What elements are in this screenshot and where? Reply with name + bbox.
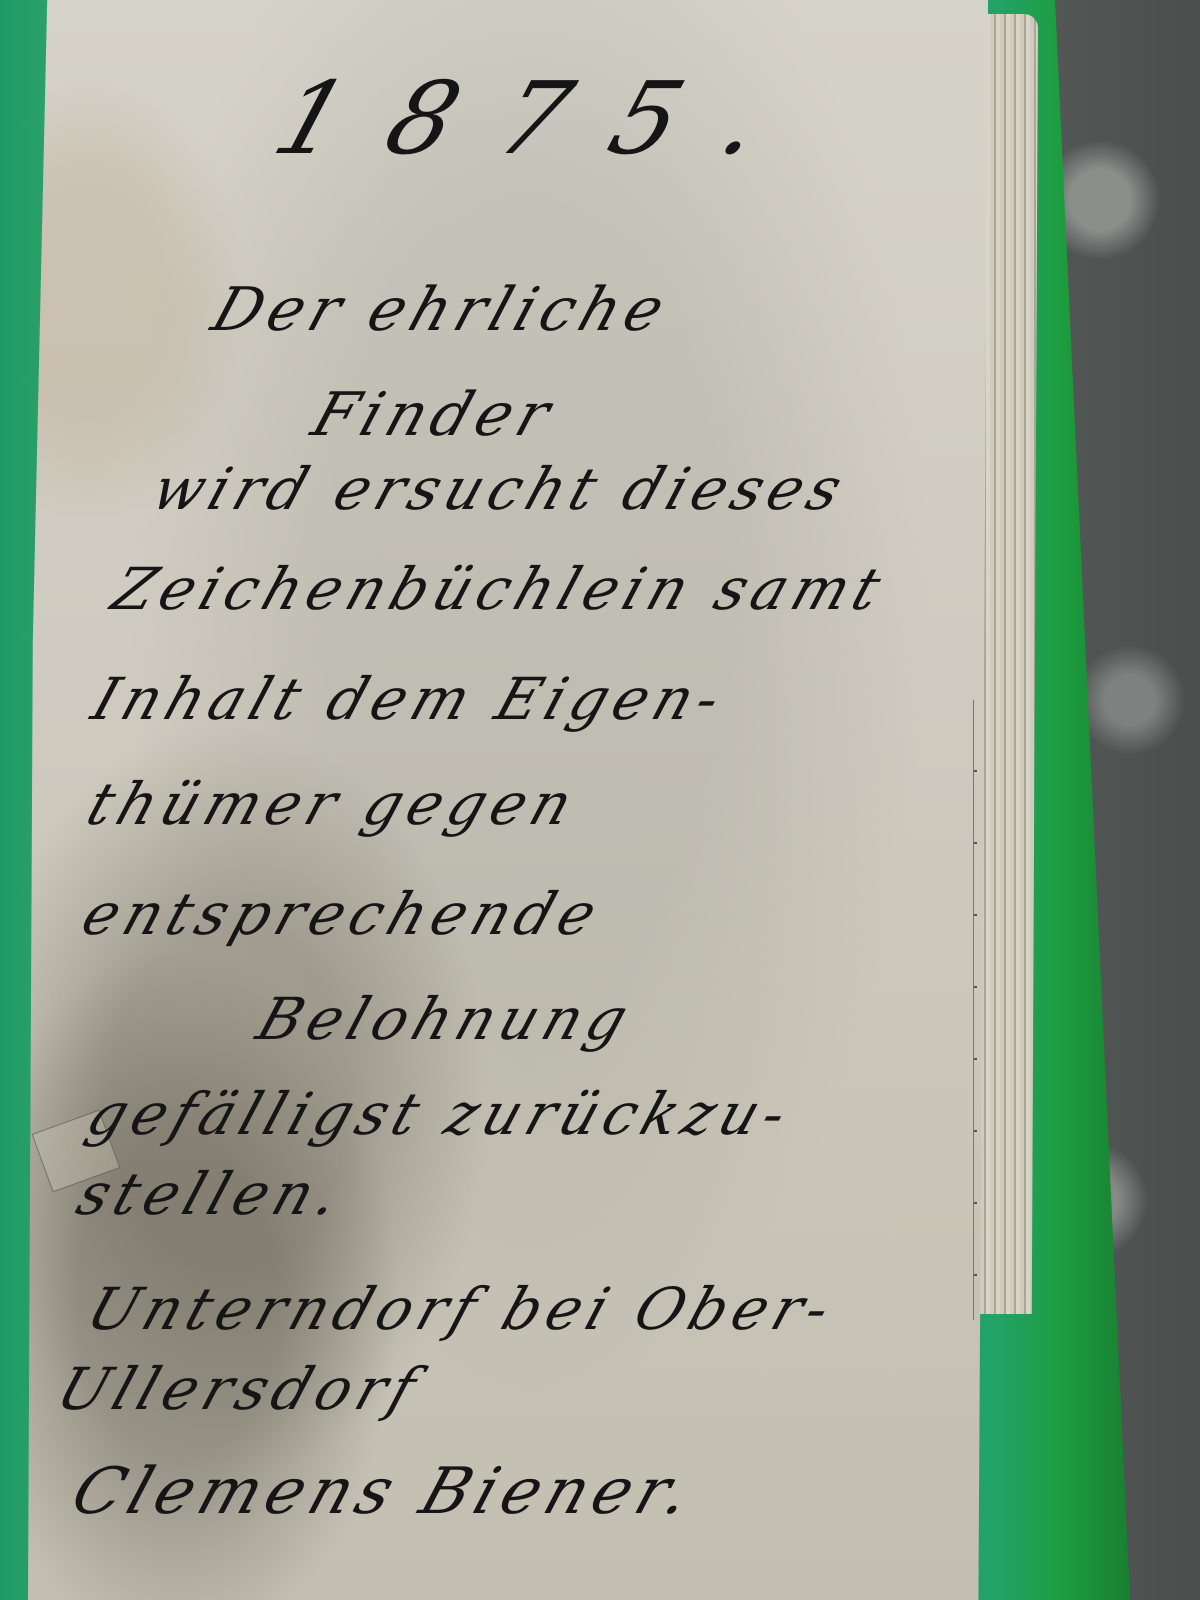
text-line: entsprechende xyxy=(74,880,611,948)
text-line: Ullersdorf xyxy=(49,1355,430,1423)
text-line: thümer gegen xyxy=(79,770,587,838)
year-heading: 1875. xyxy=(261,60,825,177)
text-line: Zeichenbüchlein samt xyxy=(104,555,895,623)
signature: Clemens Biener. xyxy=(63,1455,706,1529)
text-line: Finder xyxy=(304,380,565,450)
text-line: Der ehrliche xyxy=(204,275,679,345)
handwritten-text: 1875. Der ehrliche Finder wird ersucht d… xyxy=(0,0,1000,1600)
text-line: Inhalt dem Eigen- xyxy=(84,665,735,733)
text-line: Belohnung xyxy=(249,985,642,1053)
text-line: Unterndorf bei Ober- xyxy=(79,1275,844,1343)
text-line: wird ersucht dieses xyxy=(144,455,856,523)
text-line: gefälligst zurückzu- xyxy=(79,1080,801,1148)
text-line: stellen. xyxy=(69,1160,354,1228)
